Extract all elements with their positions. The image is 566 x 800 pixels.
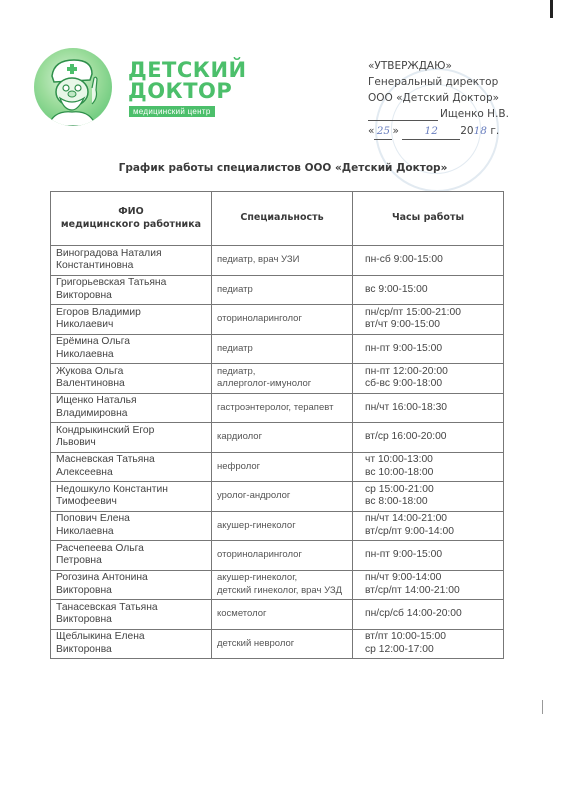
table-row: Рогозина АнтонинаВикторовнаакушер-гинеко…	[51, 570, 504, 600]
name-cell-line: Петровна	[56, 555, 206, 568]
table-header-row: ФИО медицинского работника Специальность…	[51, 192, 504, 246]
name-cell-line: Григорьевская Татьяна	[56, 277, 206, 290]
approval-position: Генеральный директор	[368, 74, 509, 90]
table-row: Кондрыкинский ЕгорЛьвовичкардиологвт/ср …	[51, 423, 504, 453]
hours-cell-line: пн/чт 16:00-18:30	[365, 402, 498, 415]
hours-cell: пн/чт 9:00-14:00вт/ср/пт 14:00-21:00	[353, 570, 504, 600]
name-cell-line: Константиновна	[56, 260, 206, 273]
name-cell-line: Кондрыкинский Егор	[56, 425, 206, 438]
hours-cell-line: пн/ср/сб 14:00-20:00	[365, 608, 498, 621]
table-row: Григорьевская ТатьянаВикторовнапедиатрвс…	[51, 275, 504, 305]
name-cell: Жукова ОльгаВалентиновна	[51, 364, 212, 394]
specialty-cell-line: уролог-андролог	[217, 490, 347, 503]
signature	[368, 104, 438, 121]
date-day: 25	[374, 123, 392, 140]
hours-cell-line: ср 15:00-21:00	[365, 484, 498, 497]
name-cell-line: Расчепеева Ольга	[56, 543, 206, 556]
schedule-table: ФИО медицинского работника Специальность…	[50, 191, 504, 659]
hours-cell-line: вт/ср/пт 14:00-21:00	[365, 585, 498, 598]
hours-cell: пн-пт 12:00-20:00сб-вс 9:00-18:00	[353, 364, 504, 394]
hours-cell-line: пн/чт 14:00-21:00	[365, 513, 498, 526]
specialty-cell-line: педиатр	[217, 284, 347, 297]
hours-cell: пн-пт 9:00-15:00	[353, 334, 504, 364]
table-row: Егоров ВладимирНиколаевичоториноларингол…	[51, 305, 504, 335]
hours-cell-line: вт/пт 10:00-15:00	[365, 631, 498, 644]
hours-cell: пн/чт 16:00-18:30	[353, 393, 504, 423]
specialty-cell-line: кардиолог	[217, 431, 347, 444]
scan-mark	[542, 700, 543, 714]
specialty-cell: акушер-гинеколог	[212, 511, 353, 541]
specialty-cell-line: акушер-гинеколог	[217, 520, 347, 533]
hours-cell: чт 10:00-13:00вс 10:00-18:00	[353, 452, 504, 482]
hours-cell-line: вс 9:00-15:00	[365, 284, 498, 297]
header-name-line2: медицинского работника	[56, 219, 206, 232]
date-month: 12	[402, 123, 460, 140]
document-title: График работы специалистов ООО «Детский …	[0, 162, 566, 174]
name-cell-line: Валентиновна	[56, 378, 206, 391]
name-cell: Ищенко НатальяВладимировна	[51, 393, 212, 423]
name-cell: Расчепеева ОльгаПетровна	[51, 541, 212, 571]
approval-block: «УТВЕРЖДАЮ» Генеральный директор ООО «Де…	[368, 58, 509, 140]
name-cell-line: Егоров Владимир	[56, 307, 206, 320]
hours-cell-line: пн-пт 12:00-20:00	[365, 366, 498, 379]
name-cell-line: Тимофеевич	[56, 496, 206, 509]
hours-cell-line: пн/чт 9:00-14:00	[365, 572, 498, 585]
table-row: Щеблыкина ЕленаВикторонвадетский невроло…	[51, 629, 504, 659]
hours-cell-line: вт/ср 16:00-20:00	[365, 431, 498, 444]
scan-mark	[550, 0, 553, 18]
name-cell-line: Викторовна	[56, 290, 206, 303]
company-logo: ДЕТСКИЙ ДОКТОР медицинский центр	[34, 48, 254, 128]
hours-cell-line: вт/чт 9:00-15:00	[365, 319, 498, 332]
specialty-cell-line: детский невролог	[217, 638, 347, 651]
signatory-name: Ищенко Н.В.	[440, 108, 509, 120]
name-cell: Кондрыкинский ЕгорЛьвович	[51, 423, 212, 453]
hours-cell-line: сб-вс 9:00-18:00	[365, 378, 498, 391]
name-cell-line: Алексеевна	[56, 467, 206, 480]
header-hours: Часы работы	[353, 192, 504, 246]
hours-cell-line: пн-пт 9:00-15:00	[365, 549, 498, 562]
logo-title: ДЕТСКИЙ ДОКТОР	[128, 60, 247, 102]
name-cell: Рогозина АнтонинаВикторовна	[51, 570, 212, 600]
hours-cell-line: пн-пт 9:00-15:00	[365, 343, 498, 356]
name-cell-line: Виноградова Наталия	[56, 248, 206, 261]
approval-heading: «УТВЕРЖДАЮ»	[368, 58, 509, 74]
specialty-cell: косметолог	[212, 600, 353, 630]
header-specialty: Специальность	[212, 192, 353, 246]
specialty-cell: уролог-андролог	[212, 482, 353, 512]
hours-cell: вт/пт 10:00-15:00ср 12:00-17:00	[353, 629, 504, 659]
name-cell: Григорьевская ТатьянаВикторовна	[51, 275, 212, 305]
specialty-cell: педиатр	[212, 334, 353, 364]
name-cell: Егоров ВладимирНиколаевич	[51, 305, 212, 335]
table-row: Недошкуло КонстантинТимофеевичуролог-анд…	[51, 482, 504, 512]
approval-signature-line: Ищенко Н.В.	[368, 106, 509, 123]
name-cell-line: Щеблыкина Елена	[56, 631, 206, 644]
hours-cell-line: чт 10:00-13:00	[365, 454, 498, 467]
name-cell-line: Недошкуло Константин	[56, 484, 206, 497]
table-row: Танасевская ТатьянаВикторовнакосметологп…	[51, 600, 504, 630]
table-row: Жукова ОльгаВалентиновнапедиатр,аллергол…	[51, 364, 504, 394]
specialty-cell-line: детский гинеколог, врач УЗД	[217, 585, 347, 598]
hours-cell-line: вт/ср/пт 9:00-14:00	[365, 526, 498, 539]
specialty-cell: педиатр, врач УЗИ	[212, 246, 353, 276]
logo-subtitle: медицинский центр	[129, 106, 215, 117]
name-cell-line: Николаевна	[56, 349, 206, 362]
name-cell-line: Ищенко Наталья	[56, 395, 206, 408]
specialty-cell: педиатр	[212, 275, 353, 305]
specialty-cell-line: косметолог	[217, 608, 347, 621]
table-row: Ищенко НатальяВладимировнагастроэнтероло…	[51, 393, 504, 423]
table-row: Расчепеева ОльгаПетровнаоториноларинголо…	[51, 541, 504, 571]
hours-cell: пн/ср/сб 14:00-20:00	[353, 600, 504, 630]
hours-cell: пн/чт 14:00-21:00вт/ср/пт 9:00-14:00	[353, 511, 504, 541]
name-cell-line: Танасевская Татьяна	[56, 602, 206, 615]
specialty-cell: кардиолог	[212, 423, 353, 453]
specialty-cell: педиатр,аллерголог-имунолог	[212, 364, 353, 394]
name-cell-line: Николаевич	[56, 319, 206, 332]
logo-title-line1: ДЕТСКИЙ	[128, 60, 247, 81]
specialty-cell-line: акушер-гинеколог,	[217, 572, 347, 585]
name-cell: Танасевская ТатьянаВикторовна	[51, 600, 212, 630]
name-cell-line: Жукова Ольга	[56, 366, 206, 379]
specialty-cell-line: гастроэнтеролог, терапевт	[217, 402, 347, 415]
hours-cell-line: пн/ср/пт 15:00-21:00	[365, 307, 498, 320]
table-row: Масневская ТатьянаАлексеевнанефрологчт 1…	[51, 452, 504, 482]
specialty-cell-line: оториноларинголог	[217, 549, 347, 562]
header-name-line1: ФИО	[56, 206, 206, 219]
name-cell: Недошкуло КонстантинТимофеевич	[51, 482, 212, 512]
hours-cell: пн/ср/пт 15:00-21:00вт/чт 9:00-15:00	[353, 305, 504, 335]
specialty-cell: оториноларинголог	[212, 541, 353, 571]
hours-cell-line: вс 10:00-18:00	[365, 467, 498, 480]
header-name: ФИО медицинского работника	[51, 192, 212, 246]
specialty-cell: нефролог	[212, 452, 353, 482]
table-row: Ерёмина ОльгаНиколаевнапедиатрпн-пт 9:00…	[51, 334, 504, 364]
name-cell: Щеблыкина ЕленаВикторонва	[51, 629, 212, 659]
specialty-cell: детский невролог	[212, 629, 353, 659]
table-row: Виноградова НаталияКонстантиновнапедиатр…	[51, 246, 504, 276]
specialty-cell-line: педиатр, врач УЗИ	[217, 254, 347, 267]
hours-cell: вс 9:00-15:00	[353, 275, 504, 305]
specialty-cell: оториноларинголог	[212, 305, 353, 335]
specialty-cell-line: оториноларинголог	[217, 313, 347, 326]
date-quote-close: »	[392, 125, 398, 137]
name-cell-line: Масневская Татьяна	[56, 454, 206, 467]
specialty-cell: гастроэнтеролог, терапевт	[212, 393, 353, 423]
specialty-cell-line: аллерголог-имунолог	[217, 378, 347, 391]
name-cell-line: Владимировна	[56, 408, 206, 421]
approval-date: «25» 122018 г.	[368, 123, 509, 140]
hours-cell: пн-сб 9:00-15:00	[353, 246, 504, 276]
name-cell-line: Львович	[56, 437, 206, 450]
hours-cell: вт/ср 16:00-20:00	[353, 423, 504, 453]
hours-cell-line: вс 8:00-18:00	[365, 496, 498, 509]
date-year-prefix: 20	[460, 125, 473, 137]
name-cell: Ерёмина ОльгаНиколаевна	[51, 334, 212, 364]
name-cell-line: Рогозина Антонина	[56, 572, 206, 585]
name-cell-line: Ерёмина Ольга	[56, 336, 206, 349]
specialty-cell-line: педиатр	[217, 343, 347, 356]
specialty-cell-line: педиатр,	[217, 366, 347, 379]
hours-cell-line: ср 12:00-17:00	[365, 644, 498, 657]
hours-cell: ср 15:00-21:00вс 8:00-18:00	[353, 482, 504, 512]
name-cell-line: Попович Елена	[56, 513, 206, 526]
name-cell-line: Викторонва	[56, 644, 206, 657]
table-row: Попович ЕленаНиколаевнаакушер-гинекологп…	[51, 511, 504, 541]
date-year-unit: г.	[490, 125, 499, 137]
name-cell: Виноградова НаталияКонстантиновна	[51, 246, 212, 276]
specialty-cell-line: нефролог	[217, 461, 347, 474]
name-cell: Попович ЕленаНиколаевна	[51, 511, 212, 541]
name-cell-line: Викторовна	[56, 614, 206, 627]
name-cell-line: Викторовна	[56, 585, 206, 598]
logo-title-line2: ДОКТОР	[128, 81, 247, 102]
doctor-mascot-icon	[34, 48, 112, 126]
name-cell-line: Николаевна	[56, 526, 206, 539]
name-cell: Масневская ТатьянаАлексеевна	[51, 452, 212, 482]
hours-cell-line: пн-сб 9:00-15:00	[365, 254, 498, 267]
hours-cell: пн-пт 9:00-15:00	[353, 541, 504, 571]
date-year-suffix: 18	[474, 125, 487, 137]
specialty-cell: акушер-гинеколог,детский гинеколог, врач…	[212, 570, 353, 600]
